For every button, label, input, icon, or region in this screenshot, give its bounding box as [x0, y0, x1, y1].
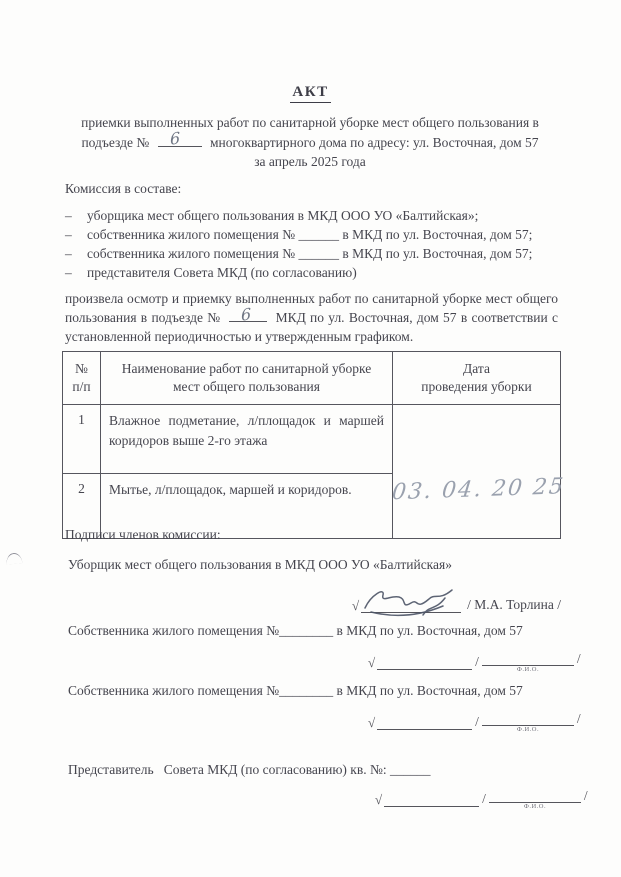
fio-line-wrap: Ф.И.О.	[482, 711, 574, 730]
works-table: № п/п Наименование работ по санитарной у…	[62, 351, 561, 539]
cleaner-signature-label: Уборщик мест общего пользования в МКД ОО…	[68, 557, 452, 573]
header-date: Дата проведения уборки	[393, 352, 561, 405]
entrance-number-blank-2: 6	[229, 308, 267, 322]
header-date-line1: Дата	[399, 360, 554, 378]
check-mark: √	[375, 792, 382, 808]
document-page: АКТ приемки выполненных работ по санитар…	[0, 0, 621, 877]
slash-separator: /	[472, 654, 482, 670]
representative-signature-row: √ / Ф.И.О. /	[375, 788, 588, 807]
doc-title-text: АКТ	[290, 84, 330, 103]
heading-line2-pre: подъезде №	[81, 135, 149, 150]
pen-mark	[5, 552, 22, 565]
slash-end: /	[574, 711, 581, 727]
member-label: собственника жилого помещения № ______ в…	[87, 244, 532, 263]
commission-member: – представителя Совета МКД (по согласова…	[65, 263, 570, 282]
row1-num: 1	[63, 405, 101, 474]
row1-work: Влажное подметание, л/площадок и маршей …	[101, 405, 393, 474]
heading-line2-post: многоквартирного дома по адресу: ул. Вос…	[210, 135, 539, 150]
fio-caption: Ф.И.О.	[489, 803, 581, 810]
member-label: представителя Совета МКД (по согласовани…	[87, 263, 357, 282]
signature-line	[377, 715, 472, 730]
fio-caption: Ф.И.О.	[482, 726, 574, 733]
fio-line-wrap: Ф.И.О.	[482, 651, 574, 670]
table-header-row: № п/п Наименование работ по санитарной у…	[63, 352, 561, 405]
handwritten-signature	[355, 585, 459, 621]
header-date-line2: проведения уборки	[399, 378, 554, 396]
act-paragraph: произвела осмотр и приемку выполненных р…	[65, 289, 558, 346]
owner1-signature-label: Собственника жилого помещения №________ …	[68, 623, 523, 639]
check-mark: √	[368, 715, 375, 731]
table-row: 1 Влажное подметание, л/площадок и марше…	[63, 405, 561, 474]
header-num-line1: №	[69, 360, 94, 378]
commission-members: – уборщика мест общего пользования в МКД…	[65, 206, 570, 282]
commission-member: – собственника жилого помещения № ______…	[65, 225, 570, 244]
fio-line	[489, 788, 581, 803]
member-label: собственника жилого помещения № ______ в…	[87, 225, 532, 244]
heading-line2: подъезде № 6 многоквартирного дома по ад…	[40, 133, 580, 153]
fio-line	[482, 651, 574, 666]
signature-line	[377, 655, 472, 670]
commission-member: – уборщика мест общего пользования в МКД…	[65, 206, 570, 225]
slash-separator: /	[479, 791, 489, 807]
owner2-signature-label: Собственника жилого помещения №________ …	[68, 683, 523, 699]
doc-heading: приемки выполненных работ по санитарной …	[40, 113, 580, 172]
slash-end: /	[574, 651, 581, 667]
entrance-number-blank: 6	[158, 133, 202, 147]
slash-end: /	[581, 788, 588, 804]
owner2-signature-row: √ / Ф.И.О. /	[368, 711, 581, 730]
fio-line	[482, 711, 574, 726]
commission-lead: Комиссия в составе:	[65, 181, 181, 197]
header-work: Наименование работ по санитарной уборке …	[101, 352, 393, 405]
member-dash: –	[65, 225, 87, 244]
header-num: № п/п	[63, 352, 101, 405]
date-cell	[393, 405, 561, 539]
heading-line3: за апрель 2025 года	[40, 152, 580, 172]
fio-line-wrap: Ф.И.О.	[489, 788, 581, 807]
check-mark: √	[368, 655, 375, 671]
cleaner-name: / М.А. Торлина /	[467, 597, 561, 613]
heading-line1: приемки выполненных работ по санитарной …	[40, 113, 580, 133]
member-dash: –	[65, 263, 87, 282]
signatures-lead: Подписи членов комиссии:	[65, 527, 221, 543]
commission-member: – собственника жилого помещения № ______…	[65, 244, 570, 263]
slash-separator: /	[472, 714, 482, 730]
header-num-line2: п/п	[69, 378, 94, 396]
signature-line	[361, 598, 461, 613]
cleaner-signature-row: √ / М.А. Торлина /	[352, 589, 561, 613]
owner1-signature-row: √ / Ф.И.О. /	[368, 651, 581, 670]
signature-line	[384, 792, 479, 807]
member-dash: –	[65, 206, 87, 225]
doc-title: АКТ	[0, 84, 621, 103]
fio-caption: Ф.И.О.	[482, 666, 574, 673]
representative-signature-label: Представитель Совета МКД (по согласовани…	[68, 762, 431, 778]
works-table-wrap: № п/п Наименование работ по санитарной у…	[62, 351, 560, 539]
member-dash: –	[65, 244, 87, 263]
member-label: уборщика мест общего пользования в МКД О…	[87, 206, 478, 225]
handwritten-entrance-number-2: 6	[241, 304, 252, 325]
handwritten-entrance-number: 6	[169, 128, 180, 149]
